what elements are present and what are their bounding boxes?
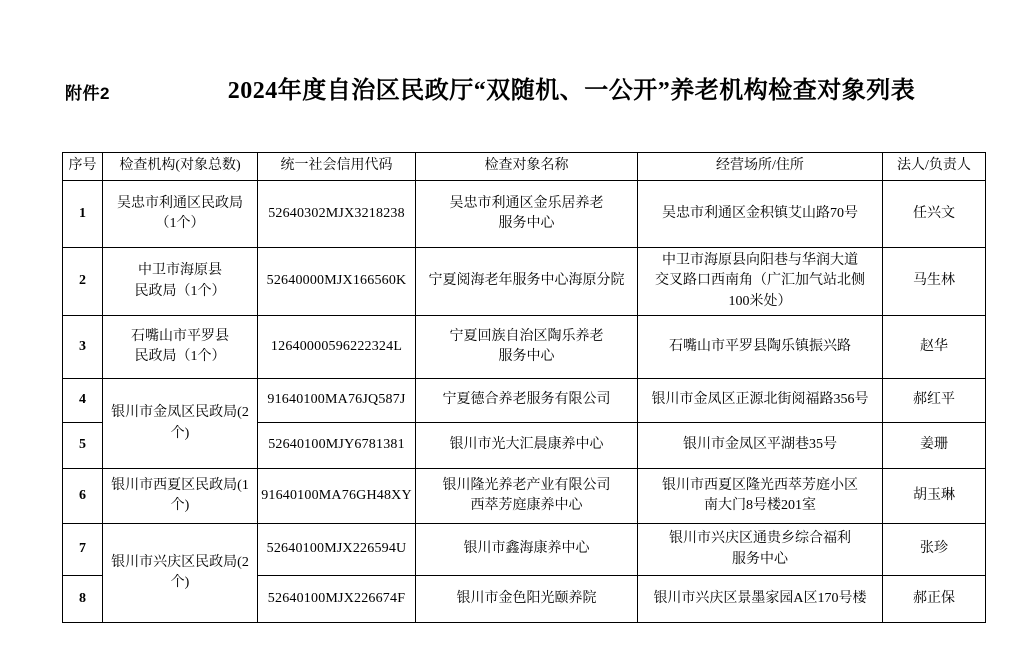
cell-address: 银川市兴庆区通贵乡综合福利 服务中心 bbox=[638, 524, 883, 576]
cell-name: 银川隆光养老产业有限公司 西萃芳庭康养中心 bbox=[416, 469, 638, 524]
column-header-num: 序号 bbox=[63, 153, 103, 181]
cell-num: 2 bbox=[63, 248, 103, 316]
column-header-address: 经营场所/住所 bbox=[638, 153, 883, 181]
table-header-row: 序号 检查机构(对象总数) 统一社会信用代码 检查对象名称 经营场所/住所 法人… bbox=[63, 153, 986, 181]
cell-name: 宁夏德合养老服务有限公司 bbox=[416, 379, 638, 423]
cell-code: 52640302MJX3218238 bbox=[258, 181, 416, 248]
page-title: 2024年度自治区民政厅“双随机、一公开”养老机构检查对象列表 bbox=[120, 70, 1023, 105]
cell-name: 宁夏阅海老年服务中心海原分院 bbox=[416, 248, 638, 316]
cell-address: 银川市金凤区平湖巷35号 bbox=[638, 423, 883, 469]
attachment-label: 附件2 bbox=[65, 79, 110, 104]
cell-person: 赵华 bbox=[883, 316, 986, 379]
table-row: 7 银川市兴庆区民政局(2个) 52640100MJX226594U 银川市鑫海… bbox=[63, 524, 986, 576]
cell-person: 郝正保 bbox=[883, 576, 986, 623]
cell-agency: 银川市金凤区民政局(2个) bbox=[103, 379, 258, 469]
cell-person: 张珍 bbox=[883, 524, 986, 576]
cell-address: 银川市兴庆区景墨家园A区170号楼 bbox=[638, 576, 883, 623]
inspection-table: 序号 检查机构(对象总数) 统一社会信用代码 检查对象名称 经营场所/住所 法人… bbox=[62, 152, 986, 623]
cell-code: 52640100MJX226594U bbox=[258, 524, 416, 576]
cell-person: 郝红平 bbox=[883, 379, 986, 423]
table-row: 6 银川市西夏区民政局(1个) 91640100MA76GH48XY 银川隆光养… bbox=[63, 469, 986, 524]
table-row: 1 吴忠市利通区民政局 （1个） 52640302MJX3218238 吴忠市利… bbox=[63, 181, 986, 248]
cell-agency: 石嘴山市平罗县 民政局（1个） bbox=[103, 316, 258, 379]
cell-person: 姜珊 bbox=[883, 423, 986, 469]
cell-name: 银川市鑫海康养中心 bbox=[416, 524, 638, 576]
column-header-person: 法人/负责人 bbox=[883, 153, 986, 181]
table-row: 4 银川市金凤区民政局(2个) 91640100MA76JQ587J 宁夏德合养… bbox=[63, 379, 986, 423]
cell-num: 7 bbox=[63, 524, 103, 576]
cell-num: 4 bbox=[63, 379, 103, 423]
table-row: 2 中卫市海原县 民政局（1个） 52640000MJX166560K 宁夏阅海… bbox=[63, 248, 986, 316]
cell-name: 吴忠市利通区金乐居养老 服务中心 bbox=[416, 181, 638, 248]
cell-address: 石嘴山市平罗县陶乐镇振兴路 bbox=[638, 316, 883, 379]
cell-code: 12640000596222324L bbox=[258, 316, 416, 379]
cell-address: 银川市西夏区隆光西萃芳庭小区 南大门8号楼201室 bbox=[638, 469, 883, 524]
cell-num: 3 bbox=[63, 316, 103, 379]
cell-agency: 银川市西夏区民政局(1个) bbox=[103, 469, 258, 524]
column-header-agency: 检查机构(对象总数) bbox=[103, 153, 258, 181]
cell-person: 马生林 bbox=[883, 248, 986, 316]
cell-person: 任兴文 bbox=[883, 181, 986, 248]
cell-code: 52640000MJX166560K bbox=[258, 248, 416, 316]
cell-agency: 银川市兴庆区民政局(2个) bbox=[103, 524, 258, 623]
cell-address: 银川市金凤区正源北街阅福路356号 bbox=[638, 379, 883, 423]
cell-num: 6 bbox=[63, 469, 103, 524]
cell-code: 52640100MJY6781381 bbox=[258, 423, 416, 469]
cell-num: 1 bbox=[63, 181, 103, 248]
cell-code: 91640100MA76JQ587J bbox=[258, 379, 416, 423]
document-page: 附件2 2024年度自治区民政厅“双随机、一公开”养老机构检查对象列表 序号 检… bbox=[0, 0, 1023, 665]
cell-agency: 中卫市海原县 民政局（1个） bbox=[103, 248, 258, 316]
cell-agency: 吴忠市利通区民政局 （1个） bbox=[103, 181, 258, 248]
column-header-code: 统一社会信用代码 bbox=[258, 153, 416, 181]
cell-address: 中卫市海原县向阳巷与华润大道 交叉路口西南角（广汇加气站北侧 100米处） bbox=[638, 248, 883, 316]
cell-name: 银川市光大汇晨康养中心 bbox=[416, 423, 638, 469]
cell-name: 宁夏回族自治区陶乐养老 服务中心 bbox=[416, 316, 638, 379]
cell-person: 胡玉琳 bbox=[883, 469, 986, 524]
column-header-name: 检查对象名称 bbox=[416, 153, 638, 181]
table-row: 3 石嘴山市平罗县 民政局（1个） 12640000596222324L 宁夏回… bbox=[63, 316, 986, 379]
cell-name: 银川市金色阳光颐养院 bbox=[416, 576, 638, 623]
cell-code: 52640100MJX226674F bbox=[258, 576, 416, 623]
cell-code: 91640100MA76GH48XY bbox=[258, 469, 416, 524]
cell-num: 5 bbox=[63, 423, 103, 469]
cell-address: 吴忠市利通区金积镇艾山路70号 bbox=[638, 181, 883, 248]
cell-num: 8 bbox=[63, 576, 103, 623]
